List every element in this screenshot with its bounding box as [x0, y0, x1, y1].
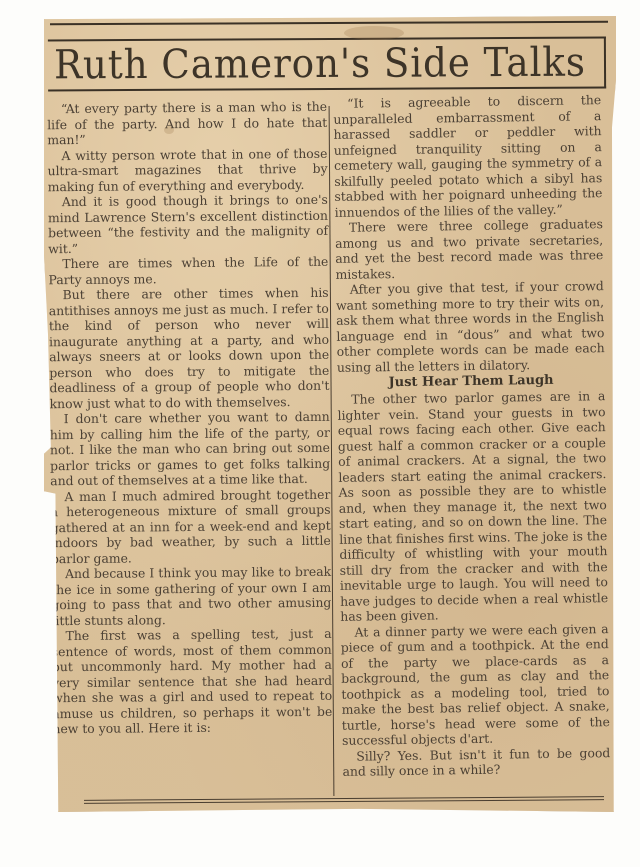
paragraph: And because I think you may like to brea…: [51, 564, 332, 628]
left-column: “At every party there is a man who is th…: [47, 99, 333, 801]
paragraph: But there are other times when his antit…: [49, 285, 330, 411]
article-title: Ruth Cameron's Side Talks: [54, 39, 566, 90]
stain: [344, 26, 404, 40]
paragraph: “It is agreeable to discern the unparall…: [333, 92, 603, 220]
newspaper-clipping: Ruth Cameron's Side Talks “At every part…: [44, 16, 616, 812]
paragraph: And it is good though it brings to one's…: [48, 192, 329, 256]
paragraph: I don't care whether you want to damn hi…: [50, 409, 331, 489]
paragraph: There are times when the Life of the Par…: [48, 254, 328, 287]
paragraph: The first was a spelling test, just a se…: [52, 626, 333, 737]
top-rule: [50, 21, 608, 25]
paragraph: There were three college graduates among…: [335, 216, 604, 282]
paragraph: After you give that test, if your crowd …: [336, 278, 605, 375]
article-body: “At every party there is a man who is th…: [44, 100, 616, 800]
paragraph: Silly? Yes. But isn't it fun to be good …: [342, 745, 610, 780]
paragraph: The other two parlor games are in a ligh…: [337, 388, 608, 624]
paragraph: A man I much admired brought together a …: [50, 486, 331, 566]
masthead-box: Ruth Cameron's Side Talks: [48, 37, 606, 92]
right-column: “It is agreeable to discern the unparall…: [333, 92, 611, 802]
paragraph: “At every party there is a man who is th…: [47, 99, 327, 148]
paragraph: At a dinner party we were each given a p…: [340, 621, 610, 749]
paragraph: A witty person wrote that in one of thos…: [47, 145, 327, 194]
